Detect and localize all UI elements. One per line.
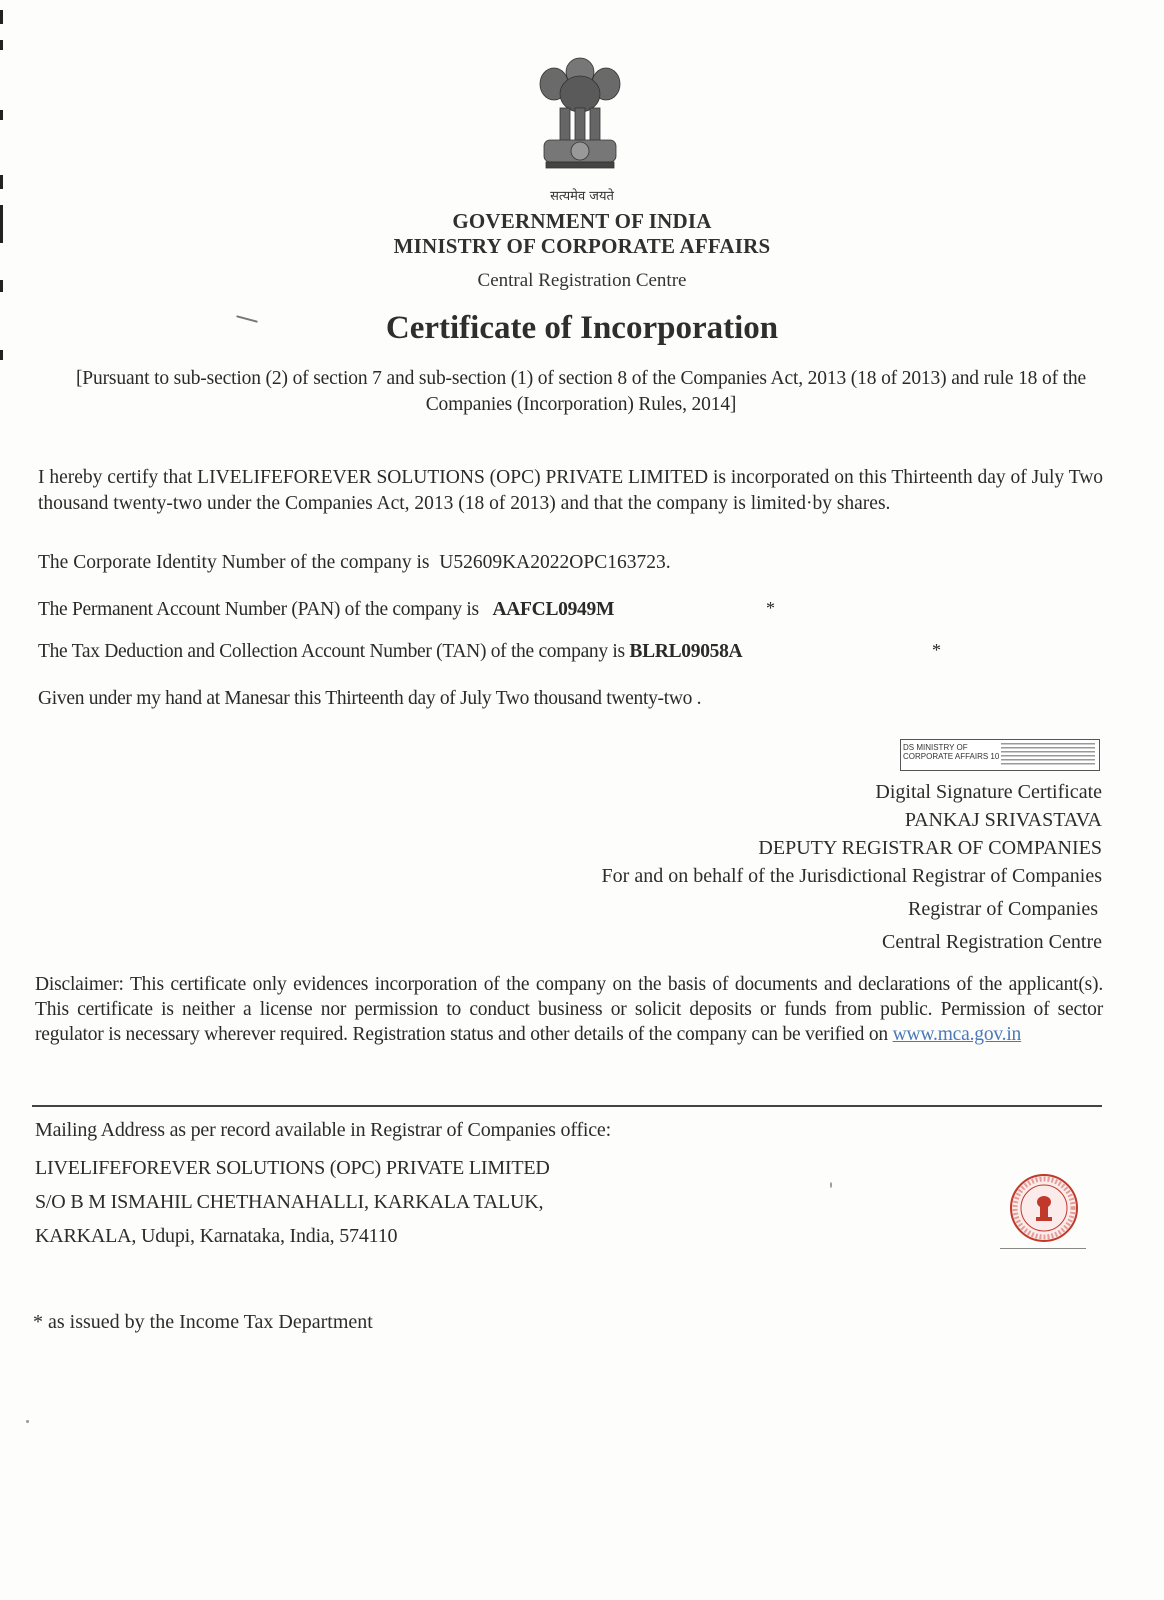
digital-signature-fine-print <box>1001 743 1095 767</box>
registrar-office: Registrar of Companies <box>908 898 1098 921</box>
national-motto: सत्यमेव जयते <box>0 186 1164 204</box>
ministry-seal-icon <box>1008 1172 1080 1244</box>
national-emblem-icon <box>530 50 630 180</box>
pan-asterisk: * <box>766 598 775 619</box>
mca-website-link[interactable]: www.mca.gov.in <box>893 1024 1021 1045</box>
mailing-address-line: LIVELIFEFOREVER SOLUTIONS (OPC) PRIVATE … <box>35 1157 550 1180</box>
pan-statement: The Permanent Account Number (PAN) of th… <box>38 597 1108 623</box>
mailing-address-heading: Mailing Address as per record available … <box>35 1119 611 1142</box>
document-title: Certificate of Incorporation <box>0 310 1164 347</box>
mailing-address-line: KARKALA, Udupi, Karnataka, India, 574110 <box>35 1225 397 1248</box>
footnote: * as issued by the Income Tax Department <box>33 1311 373 1334</box>
cin-statement: The Corporate Identity Number of the com… <box>38 550 1108 576</box>
certificate-page: सत्यमेव जयते GOVERNMENT OF INDIA MINISTR… <box>0 0 1164 1600</box>
digital-signature-stamp-label: DS MINISTRY OF CORPORATE AFFAIRS 10 <box>903 743 999 761</box>
digital-signature-stamp: DS MINISTRY OF CORPORATE AFFAIRS 10 <box>900 739 1100 771</box>
certification-statement: I hereby certify that LIVELIFEFOREVER SO… <box>38 465 1108 517</box>
signatory-name: PANKAJ SRIVASTAVA <box>905 809 1102 832</box>
scan-edge-mark <box>0 40 3 50</box>
tan-statement: The Tax Deduction and Collection Account… <box>38 639 1108 665</box>
section-divider <box>32 1105 1102 1107</box>
on-behalf-of: For and on behalf of the Jurisdictional … <box>602 865 1102 888</box>
disclaimer: Disclaimer: This certificate only eviden… <box>35 972 1103 1047</box>
signature-type: Digital Signature Certificate <box>875 781 1102 804</box>
cin-value: U52609KA2022OPC163723. <box>439 552 670 573</box>
tan-label: The Tax Deduction and Collection Account… <box>38 641 625 662</box>
scan-edge-mark <box>0 110 3 120</box>
signatory-designation: DEPUTY REGISTRAR OF COMPANIES <box>758 837 1102 860</box>
scan-speck <box>26 1420 29 1423</box>
tan-asterisk: * <box>932 640 941 661</box>
government-heading: GOVERNMENT OF INDIA <box>0 209 1164 234</box>
given-under-hand: Given under my hand at Manesar this Thir… <box>38 686 1108 712</box>
seal-underline <box>1000 1248 1086 1249</box>
scan-speck <box>830 1182 832 1188</box>
registrar-centre: Central Registration Centre <box>882 931 1102 954</box>
registration-centre-heading: Central Registration Centre <box>0 270 1164 292</box>
pan-label: The Permanent Account Number (PAN) of th… <box>38 599 479 620</box>
cin-label: The Corporate Identity Number of the com… <box>38 552 430 573</box>
mailing-address-line: S/O B M ISMAHIL CHETHANAHALLI, KARKALA T… <box>35 1191 543 1214</box>
pan-value: AAFCL0949M <box>492 599 614 620</box>
pursuant-clause: [Pursuant to sub-section (2) of section … <box>36 366 1126 418</box>
ministry-heading: MINISTRY OF CORPORATE AFFAIRS <box>0 234 1164 259</box>
scan-edge-mark <box>0 350 3 360</box>
scan-edge-mark <box>0 10 3 24</box>
tan-value: BLRL09058A <box>629 641 742 662</box>
